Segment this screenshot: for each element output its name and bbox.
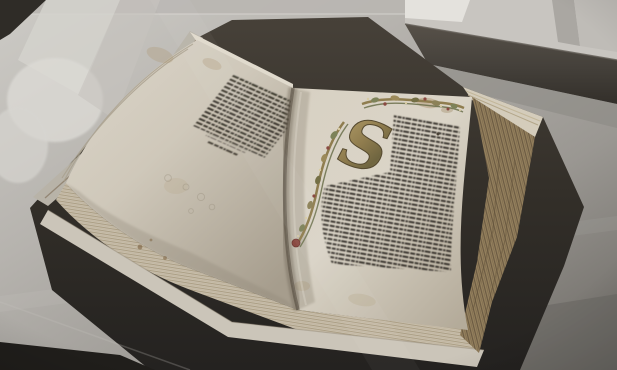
glass-overlays [0,0,617,370]
vignette-overlay [0,0,617,370]
photo-canvas: Photograph of an early printed book with… [0,0,617,370]
museum-photograph: Photograph of an early printed book with… [0,0,617,370]
